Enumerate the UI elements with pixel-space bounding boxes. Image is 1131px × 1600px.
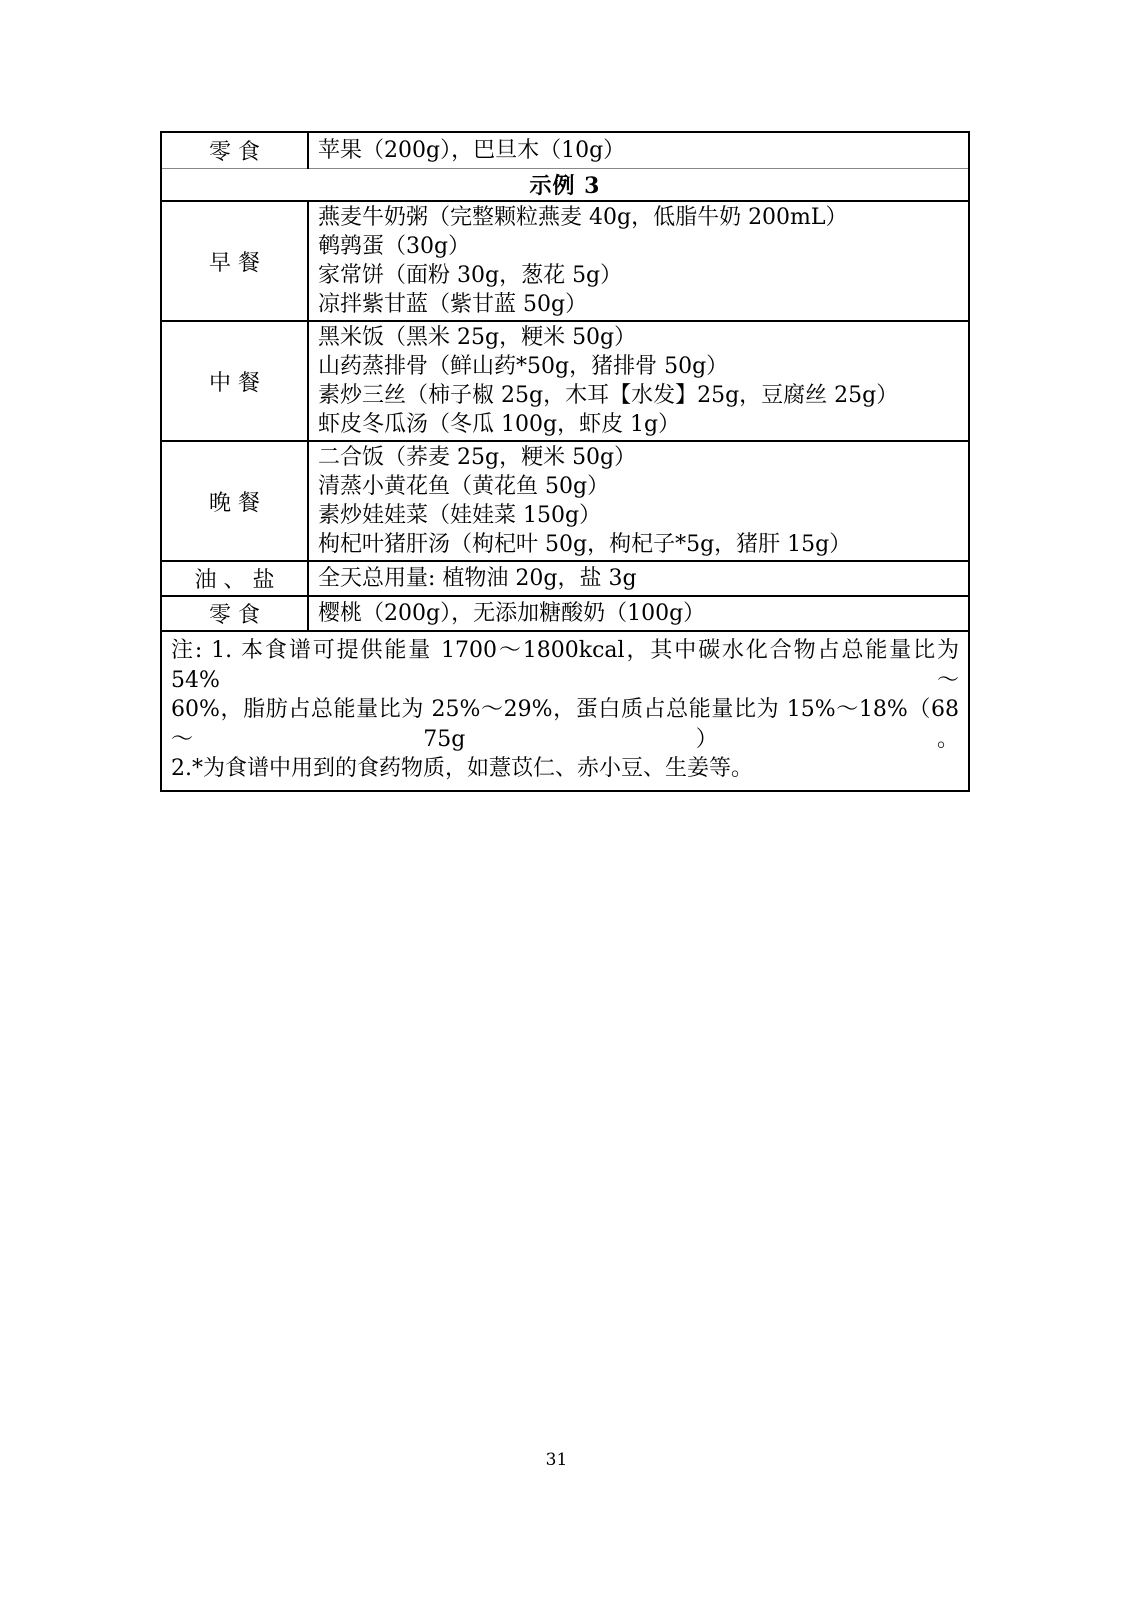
row-label-lunch: 中餐	[161, 321, 308, 441]
row-content-breakfast: 燕麦牛奶粥（完整颗粒燕麦 40g，低脂牛奶 200mL） 鹌鹑蛋（30g） 家常…	[308, 201, 969, 321]
table-row-breakfast: 早餐 燕麦牛奶粥（完整颗粒燕麦 40g，低脂牛奶 200mL） 鹌鹑蛋（30g）…	[161, 201, 969, 321]
row-label-snack-2: 零食	[161, 596, 308, 631]
dish-line: 清蒸小黄花鱼（黄花鱼 50g）	[318, 472, 959, 501]
row-content-snack: 苹果（200g），巴旦木（10g）	[308, 132, 969, 168]
dish-line: 枸杞叶猪肝汤（枸杞叶 50g，枸杞子*5g，猪肝 15g）	[318, 530, 959, 559]
row-label-oil-salt: 油、盐	[161, 561, 308, 596]
dish-line: 燕麦牛奶粥（完整颗粒燕麦 40g，低脂牛奶 200mL）	[318, 203, 959, 232]
table-row-oil-salt: 油、盐 全天总用量: 植物油 20g，盐 3g	[161, 561, 969, 596]
dish-line: 虾皮冬瓜汤（冬瓜 100g，虾皮 1g）	[318, 410, 959, 439]
row-label-breakfast: 早餐	[161, 201, 308, 321]
table-row-lunch: 中餐 黑米饭（黑米 25g，粳米 50g） 山药蒸排骨（鲜山药*50g，猪排骨 …	[161, 321, 969, 441]
note-line: 注: 1. 本食谱可提供能量 1700～1800kcal，其中碳水化合物占总能量…	[171, 636, 959, 695]
dish-line: 凉拌紫甘蓝（紫甘蓝 50g）	[318, 290, 959, 319]
table-row-snack-previous: 零食 苹果（200g），巴旦木（10g）	[161, 132, 969, 168]
note-line: 60%，脂肪占总能量比为 25%～29%，蛋白质占总能量比为 15%～18%（6…	[171, 695, 959, 754]
table-row-notes: 注: 1. 本食谱可提供能量 1700～1800kcal，其中碳水化合物占总能量…	[161, 631, 969, 791]
page-number: 31	[0, 1450, 1113, 1470]
notes-cell: 注: 1. 本食谱可提供能量 1700～1800kcal，其中碳水化合物占总能量…	[161, 631, 969, 791]
row-content-dinner: 二合饭（荞麦 25g，粳米 50g） 清蒸小黄花鱼（黄花鱼 50g） 素炒娃娃菜…	[308, 441, 969, 561]
note-line: 2.*为食谱中用到的食药物质，如薏苡仁、赤小豆、生姜等。	[171, 754, 959, 784]
dish-line: 素炒娃娃菜（娃娃菜 150g）	[318, 501, 959, 530]
dish-line: 素炒三丝（柿子椒 25g，木耳【水发】25g，豆腐丝 25g）	[318, 381, 959, 410]
row-content-snack-2: 樱桃（200g），无添加糖酸奶（100g）	[308, 596, 969, 631]
table-row-snack: 零食 樱桃（200g），无添加糖酸奶（100g）	[161, 596, 969, 631]
dish-line: 山药蒸排骨（鲜山药*50g，猪排骨 50g）	[318, 352, 959, 381]
row-label-dinner: 晚餐	[161, 441, 308, 561]
table-section-header-row: 示例 3	[161, 168, 969, 201]
dish-line: 鹌鹑蛋（30g）	[318, 232, 959, 261]
document-page: 零食 苹果（200g），巴旦木（10g） 示例 3 早餐 燕麦牛奶粥（完整颗粒燕…	[0, 0, 1131, 1600]
dish-line: 家常饼（面粉 30g，葱花 5g）	[318, 261, 959, 290]
row-content-lunch: 黑米饭（黑米 25g，粳米 50g） 山药蒸排骨（鲜山药*50g，猪排骨 50g…	[308, 321, 969, 441]
dish-line: 二合饭（荞麦 25g，粳米 50g）	[318, 443, 959, 472]
meal-plan-table: 零食 苹果（200g），巴旦木（10g） 示例 3 早餐 燕麦牛奶粥（完整颗粒燕…	[160, 131, 970, 792]
section-header-example-3: 示例 3	[161, 168, 969, 201]
row-content-oil-salt: 全天总用量: 植物油 20g，盐 3g	[308, 561, 969, 596]
dish-line: 黑米饭（黑米 25g，粳米 50g）	[318, 323, 959, 352]
row-label-snack: 零食	[161, 132, 308, 168]
table-row-dinner: 晚餐 二合饭（荞麦 25g，粳米 50g） 清蒸小黄花鱼（黄花鱼 50g） 素炒…	[161, 441, 969, 561]
